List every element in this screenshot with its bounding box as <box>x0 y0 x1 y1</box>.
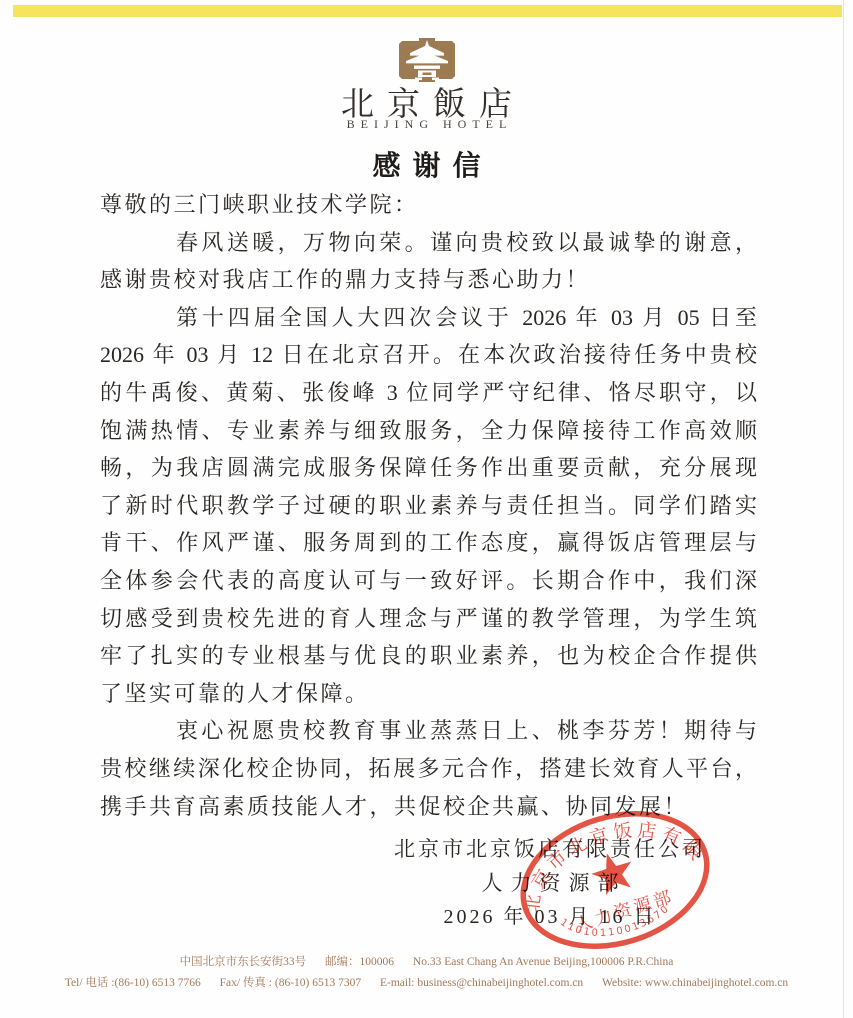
letter-body-line: 春风送暖，万物向荣。谨向贵校致以最诚挚的谢意， <box>100 224 757 262</box>
letter-body-line: 全体参会代表的高度认可与一致好评。长期合作中，我们深 <box>100 562 757 600</box>
signature-department: 人力资源部 <box>392 866 708 900</box>
footer-tel: Tel/ 电话 :(86-10) 6513 7766 <box>65 977 201 989</box>
signature-company: 北京市北京饭店有限责任公司 <box>392 832 708 866</box>
footer-address-en: No.33 East Chang An Avenue Beijing,10000… <box>413 956 673 968</box>
letter-body-line: 牢了扎实的专业根基与优良的职业素养，也为校企合作提供 <box>100 637 757 675</box>
footer-website: Website: www.chinabeijinghotel.com.cn <box>602 977 788 989</box>
beijing-hotel-pavilion-emblem-icon <box>397 37 457 83</box>
letter-page: 北京飯店 BEIJING HOTEL 感谢信 尊敬的三门峡职业技术学院：春风送暖… <box>0 0 853 1018</box>
letter-body: 尊敬的三门峡职业技术学院：春风送暖，万物向荣。谨向贵校致以最诚挚的谢意，感谢贵校… <box>100 186 757 825</box>
letter-body-line: 了新时代职教学子过硬的职业素养与责任担当。同学们踏实 <box>100 487 757 525</box>
letter-body-line: 了坚实可靠的人才保障。 <box>100 675 757 713</box>
footer-postal: 邮编：100006 <box>325 956 394 968</box>
letter-body-line: 衷心祝愿贵校教育事业蒸蒸日上、桃李芬芳！期待与 <box>100 712 757 750</box>
footer-email: E-mail: business@chinabeijinghotel.com.c… <box>380 977 583 989</box>
letter-body-line: 携手共育高素质技能人才，共促校企共赢、协同发展！ <box>100 788 757 826</box>
letter-body-line: 贵校继续深化校企协同，拓展多元合作，搭建长效育人平台， <box>100 750 757 788</box>
letter-body-line: 2026 年 03 月 12 日在北京召开。在本次政治接待任务中贵校 <box>100 336 757 374</box>
letter-body-line: 肯干、作风严谨、服务周到的工作态度，赢得饭店管理层与 <box>100 524 757 562</box>
letter-body-line: 尊敬的三门峡职业技术学院： <box>100 186 757 224</box>
top-accent-bar <box>13 5 842 17</box>
letterhead-footer: 中国北京市东长安街33号 邮编：100006 No.33 East Chang … <box>0 952 853 994</box>
letter-body-line: 第十四届全国人大四次会议于 2026 年 03 月 05 日至 <box>100 299 757 337</box>
footer-fax: Fax/ 传真 : (86-10) 6513 7307 <box>220 977 362 989</box>
letter-body-line: 切感受到贵校先进的育人理念与严谨的教学管理，为学生筑 <box>100 600 757 638</box>
footer-address-row: 中国北京市东长安街33号 邮编：100006 No.33 East Chang … <box>0 952 853 973</box>
signature-date: 2026 年 03 月 16 日 <box>392 900 708 934</box>
letter-body-line: 的牛禹俊、黄菊、张俊峰 3 位同学严守纪律、恪尽职守，以 <box>100 374 757 412</box>
letter-title: 感谢信 <box>0 144 853 184</box>
letter-body-line: 感谢贵校对我店工作的鼎力支持与悉心助力！ <box>100 261 757 299</box>
footer-address-cn: 中国北京市东长安街33号 <box>180 956 307 968</box>
letter-body-line: 畅，为我店圆满完成服务保障任务作出重要贡献，充分展现 <box>100 449 757 487</box>
brand-name-english: BEIJING HOTEL <box>0 117 853 132</box>
footer-contact-row: Tel/ 电话 :(86-10) 6513 7766 Fax/ 传真 : (86… <box>0 973 853 994</box>
letter-body-line: 饱满热情、专业素养与细致服务，全力保障接待工作高效顺 <box>100 412 757 450</box>
signature-block: 北京市北京饭店有限责任公司 人力资源部 2026 年 03 月 16 日 <box>392 832 708 934</box>
